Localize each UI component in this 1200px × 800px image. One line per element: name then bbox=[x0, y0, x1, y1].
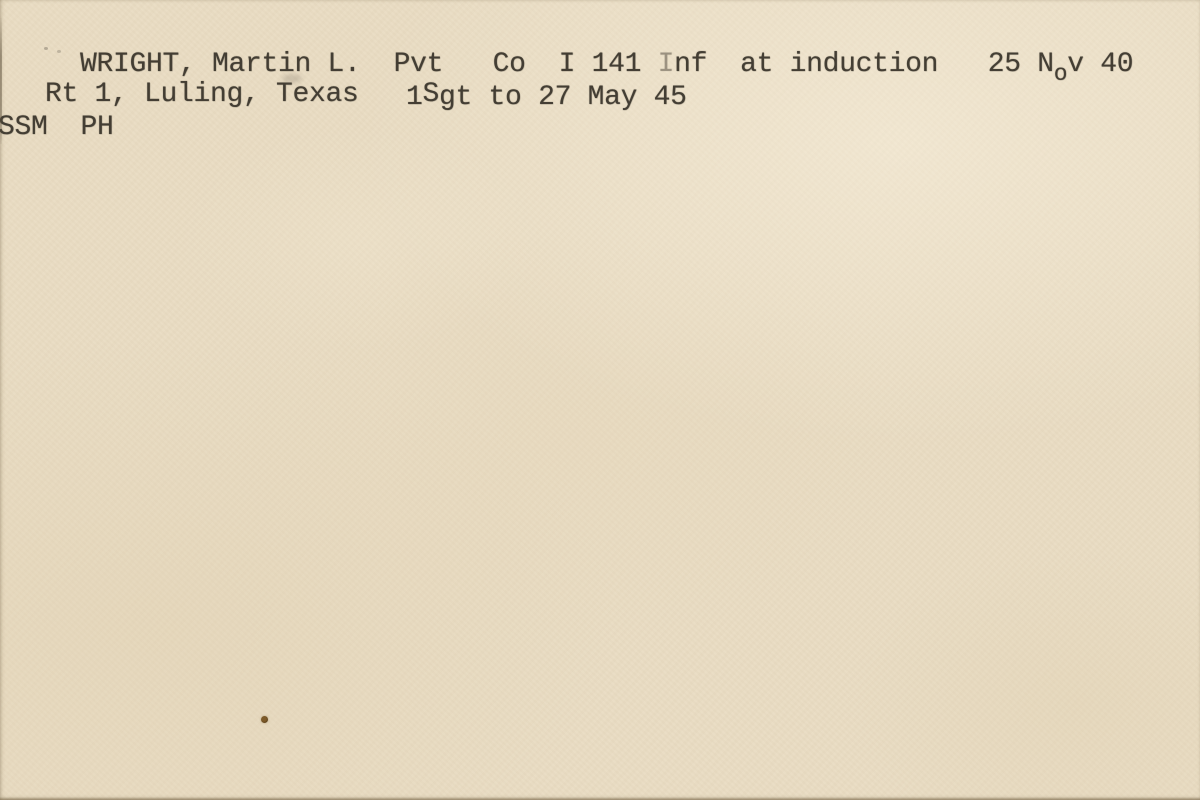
index-card: WRIGHT, Martin L. Pvt Co I 141 Inf at in… bbox=[0, 0, 1200, 800]
line2-text: 1 bbox=[406, 82, 423, 113]
line1-dropped-char: o bbox=[1054, 61, 1068, 87]
line2-raised-char: S bbox=[423, 79, 440, 110]
line1-text-cont: nf at induction 25 N bbox=[674, 49, 1054, 80]
decorations-line: SSM PH bbox=[0, 110, 114, 146]
ink-speck bbox=[261, 716, 268, 723]
address-line: Rt 1, Luling, Texas bbox=[45, 77, 359, 113]
paper-speck bbox=[57, 50, 61, 53]
service-line-promotion: 1Sgt to 27 May 45 bbox=[340, 44, 687, 152]
card-left-edge-shadow bbox=[0, 18, 2, 144]
paper-speck bbox=[44, 47, 48, 50]
line2-text-cont: gt to 27 May 45 bbox=[439, 82, 687, 113]
ink-smudge bbox=[282, 74, 302, 83]
line1-date-tail: v 40 bbox=[1067, 49, 1133, 80]
